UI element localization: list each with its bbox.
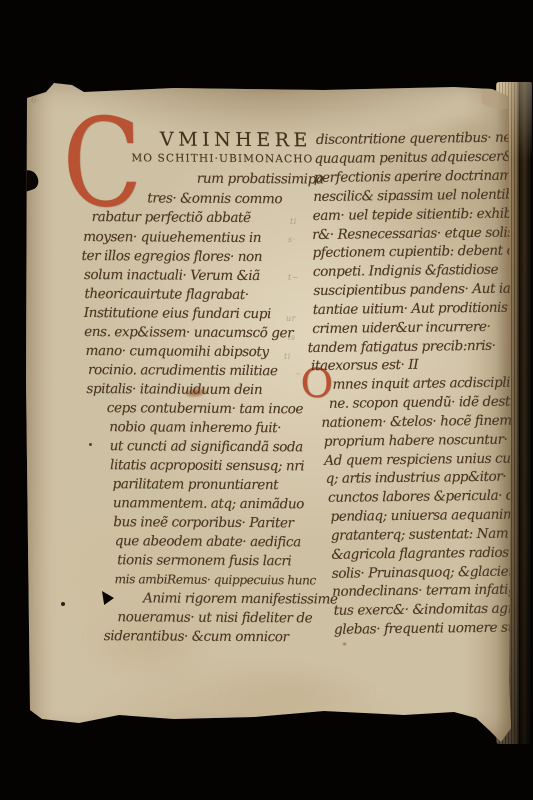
text-line: tandem fatigatus precib:nris· — [308, 340, 496, 356]
text-line: nondeclinans· terram infatiga — [332, 583, 524, 599]
text-line: tantiae uitium· Aut proditionis — [313, 302, 508, 318]
text-line: glebas· frequenti uomere subi — [334, 621, 528, 637]
text-line: conpeti. Indignis &fastidiose — [313, 264, 499, 280]
text-line: crimen uider&ur incurrere· — [312, 321, 490, 337]
text-line: nescilic& sipassim uel nolentib; — [313, 189, 518, 205]
text-line: q; artis industrius app&itor· — [326, 471, 507, 487]
manuscript-page: 6· C VMINHEREMO SCHITHI·UBIMONACHOrum pr… — [24, 82, 512, 744]
gutter-gloss: t~ — [288, 273, 299, 282]
text-line: quaquam penitus adquiescer& — [314, 151, 514, 167]
text-line: gratanterq; sustentat: Nam — [331, 528, 509, 544]
text-line: pfectionem cupientib: debent cõ — [312, 244, 521, 260]
text-line: &agricola flagrantes radios — [331, 547, 509, 563]
text-line: solis· Pruinasquoq; &glaciem — [332, 566, 521, 582]
gutter-gloss: is — [288, 333, 296, 342]
text-line: eam· uel tepide sitientib: exhibe — [313, 207, 520, 223]
gutter-gloss: – — [296, 369, 301, 378]
gutter-gloss: s· — [288, 235, 296, 244]
text-column-right: O discontritione querentibus· nequaquam … — [23, 80, 526, 748]
gutter-gloss: ti — [290, 217, 297, 226]
text-line: Ad quem respiciens unius cuius — [324, 452, 529, 468]
text-line: suscipientibus pandens· Aut iac — [313, 283, 518, 299]
text-line: nationem· &telos· hocẽ finem — [321, 415, 512, 431]
text-line: ne. scopon quendũ· idẽ desti — [329, 396, 514, 412]
gutter-gloss: ti — [284, 352, 291, 361]
text-line: mnes inquit artes acdiscipli — [332, 377, 510, 393]
text-line: perfectionis aperire doctrinam — [314, 170, 512, 186]
text-line: tus exerc&· &indomitas agri — [334, 603, 518, 619]
text-line: discontritione querentibus· ne — [316, 132, 511, 148]
text-line: itaexorsus est· II — [311, 359, 418, 374]
text-line: proprium habere noscuntur· — [324, 434, 508, 450]
text-line: pendiaq; uniuersa aequanimit — [330, 508, 524, 524]
gutter-gloss: ur — [286, 314, 296, 323]
text-line: r&· Resnecessarias· etque solis — [312, 227, 514, 243]
text-line: cunctos labores &pericula· dis — [328, 489, 525, 505]
manuscript-photo: 6· C VMINHEREMO SCHITHI·UBIMONACHOrum pr… — [0, 0, 533, 800]
